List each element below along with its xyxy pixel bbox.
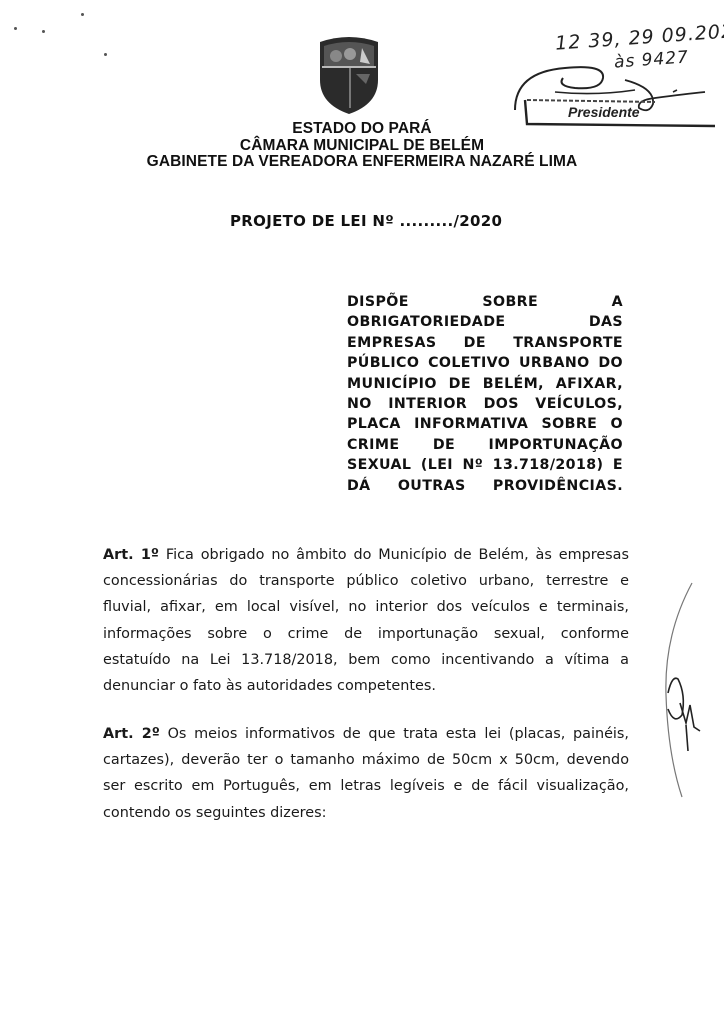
- article-line: contendo os seguintes dizeres:: [103, 800, 629, 826]
- bill-title: PROJETO DE LEI Nº ........./2020: [230, 212, 502, 230]
- article-line: fluvial, afixar, em local visível, no in…: [103, 594, 629, 620]
- article-line: ser escrito em Português, em letras legí…: [103, 773, 629, 799]
- article-line: concessionárias do transporte público co…: [103, 568, 629, 594]
- letterhead-chamber: CÂMARA MUNICIPAL DE BELÉM: [0, 137, 724, 154]
- stamp-label: Presidente: [568, 104, 640, 120]
- summary-line: MUNICÍPIO DE BELÉM, AFIXAR,: [347, 374, 623, 394]
- article-label: Art. 2º: [103, 726, 160, 742]
- summary-line: PLACA INFORMATIVA SOBRE O: [347, 414, 623, 434]
- article-2: Art. 2º Os meios informativos de que tra…: [103, 721, 629, 826]
- initials-signature-icon: [650, 575, 710, 805]
- letterhead-office: GABINETE DA VEREADORA ENFERMEIRA NAZARÉ …: [0, 153, 724, 170]
- article-line: informações sobre o crime de importunaçã…: [103, 621, 629, 647]
- article-line: Art. 1º Fica obrigado no âmbito do Munic…: [103, 542, 629, 568]
- summary-line: DÁ OUTRAS PROVIDÊNCIAS.: [347, 476, 623, 496]
- article-line: cartazes), deverão ter o tamanho máximo …: [103, 747, 629, 773]
- scan-speck: [81, 13, 84, 16]
- summary-line: OBRIGATORIEDADE DAS: [347, 312, 623, 332]
- article-line: Art. 2º Os meios informativos de que tra…: [103, 721, 629, 747]
- summary-line: SEXUAL (LEI Nº 13.718/2018) E: [347, 455, 623, 475]
- summary-line: EMPRESAS DE TRANSPORTE: [347, 333, 623, 353]
- coat-of-arms-icon: [316, 32, 382, 116]
- article-line: estatuído na Lei 13.718/2018, bem como i…: [103, 647, 629, 673]
- scan-speck: [14, 27, 17, 30]
- summary-line: CRIME DE IMPORTUNAÇÃO: [347, 435, 623, 455]
- summary-line: NO INTERIOR DOS VEÍCULOS,: [347, 394, 623, 414]
- article-label: Art. 1º: [103, 547, 159, 563]
- scan-speck: [42, 30, 45, 33]
- summary-line: PÚBLICO COLETIVO URBANO DO: [347, 353, 623, 373]
- bill-summary: DISPÕE SOBRE A OBRIGATORIEDADE DAS EMPRE…: [347, 292, 623, 496]
- article-line: denunciar o fato às autoridades competen…: [103, 673, 629, 699]
- scan-speck: [104, 53, 107, 56]
- article-1: Art. 1º Fica obrigado no âmbito do Munic…: [103, 542, 629, 699]
- summary-line: DISPÕE SOBRE A: [347, 292, 623, 312]
